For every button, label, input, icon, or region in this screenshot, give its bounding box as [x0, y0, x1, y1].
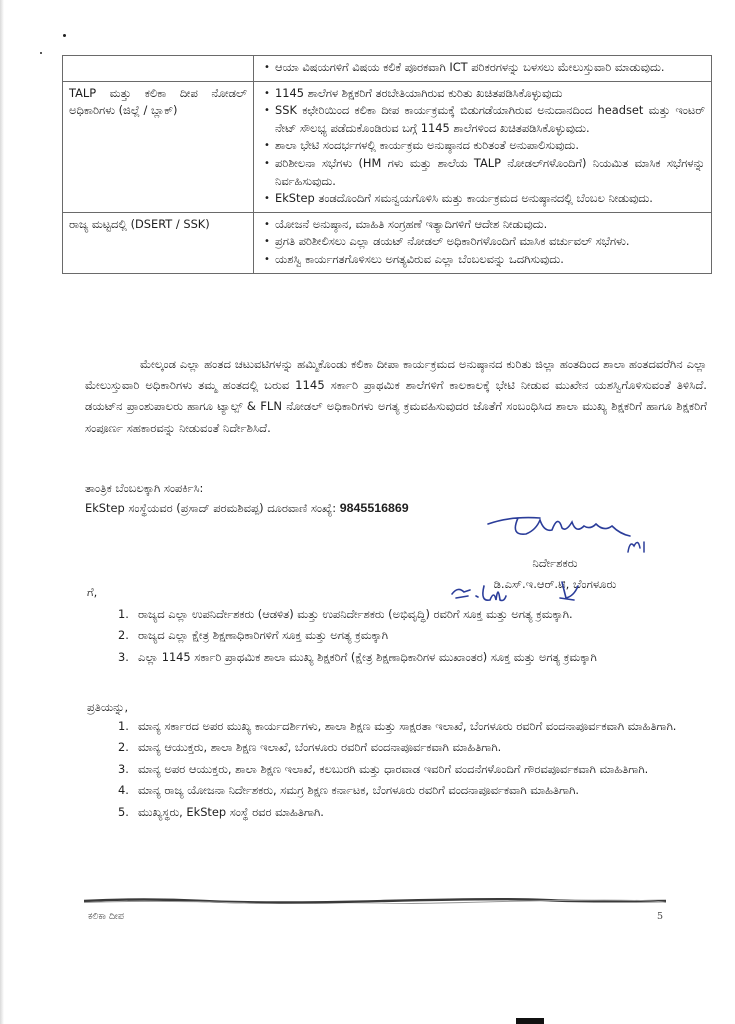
copy-to-label: ಪ್ರತಿಯನ್ನು,: [87, 700, 128, 715]
duties-list: ಆಯಾ ವಿಷಯಗಳಿಗೆ ವಿಷಯ ಕಲಿಕೆ ಪೂರಕವಾಗಿ ICT ಪರ…: [260, 59, 705, 77]
scan-speck: [63, 34, 66, 37]
technical-support-contact: ತಾಂತ್ರಿಕ ಬೆಂಬಲಕ್ಕಾಗಿ ಸಂಪರ್ಕಿಸಿ: EkStep ಸ…: [85, 478, 409, 518]
list-text: ಎಲ್ಲಾ 1145 ಸರ್ಕಾರಿ ಪ್ರಾಥಮಿಕ ಶಾಲಾ ಮುಖ್ಯ ಶ…: [138, 650, 597, 664]
list-item: 5.ಮುಖ್ಯಸ್ಥರು, EkStep ಸಂಸ್ಥೆ ರವರ ಮಾಹಿತಿಗಾ…: [118, 803, 708, 821]
role-cell: ರಾಜ್ಯ ಮಟ್ಟದಲ್ಲಿ (DSERT / SSK): [63, 212, 254, 273]
list-text: ಮಾನ್ಯ ರಾಜ್ಯ ಯೋಜನಾ ನಿರ್ದೇಶಕರು, ಸಮಗ್ರ ಶಿಕ್…: [138, 783, 579, 797]
table-row: ರಾಜ್ಯ ಮಟ್ಟದಲ್ಲಿ (DSERT / SSK)ಯೋಜನೆ ಅನುಷ್…: [63, 212, 712, 273]
copy-to-list: 1.ಮಾನ್ಯ ಸರ್ಕಾರದ ಅಪರ ಮುಖ್ಯ ಕಾರ್ಯದರ್ಶಿಗಳು,…: [118, 717, 708, 824]
table-row: ಆಯಾ ವಿಷಯಗಳಿಗೆ ವಿಷಯ ಕಲಿಕೆ ಪೂರಕವಾಗಿ ICT ಪರ…: [63, 56, 712, 82]
list-text: ಮುಖ್ಯಸ್ಥರು, EkStep ಸಂಸ್ಥೆ ರವರ ಮಾಹಿತಿಗಾಗಿ…: [138, 805, 324, 819]
list-item: 3.ಎಲ್ಲಾ 1145 ಸರ್ಕಾರಿ ಪ್ರಾಥಮಿಕ ಶಾಲಾ ಮುಖ್ಯ…: [118, 648, 708, 666]
page-number: 5: [657, 911, 663, 922]
role-cell: TALP ಮತ್ತು ಕಲಿಕಾ ದೀಪ ನೋಡಲ್ ಅಧಿಕಾರಿಗಳು (ಜ…: [63, 81, 254, 212]
recipients-label: ಗೆ,: [87, 585, 97, 600]
list-text: ಮಾನ್ಯ ಸರ್ಕಾರದ ಅಪರ ಮುಖ್ಯ ಕಾರ್ಯದರ್ಶಿಗಳು, ಶ…: [138, 719, 676, 733]
scan-artifact-mark: [516, 1018, 544, 1024]
table-row: TALP ಮತ್ತು ಕಲಿಕಾ ದೀಪ ನೋಡಲ್ ಅಧಿಕಾರಿಗಳು (ಜ…: [63, 81, 712, 212]
list-item: 2.ರಾಜ್ಯದ ಎಲ್ಲಾ ಕ್ಷೇತ್ರ ಶಿಕ್ಷಣಾಧಿಕಾರಿಗಳಿಗ…: [118, 626, 708, 644]
contact-heading: ತಾಂತ್ರಿಕ ಬೆಂಬಲಕ್ಕಾಗಿ ಸಂಪರ್ಕಿಸಿ:: [85, 478, 409, 498]
duty-item: ಆಯಾ ವಿಷಯಗಳಿಗೆ ವಿಷಯ ಕಲಿಕೆ ಪೂರಕವಾಗಿ ICT ಪರ…: [268, 59, 705, 77]
list-item: 3.ಮಾನ್ಯ ಅಪರ ಆಯುಕ್ತರು, ಶಾಲಾ ಶಿಕ್ಷಣ ಇಲಾಖೆ,…: [118, 760, 708, 778]
duty-item: SSK ಕಛೇರಿಯಿಂದ ಕಲಿಕಾ ದೀಪ ಕಾರ್ಯಕ್ರಮಕ್ಕೆ ಬಿ…: [268, 102, 705, 137]
contact-line: EkStep ಸಂಸ್ಥೆಯವರ (ಪ್ರಸಾದ್ ಪರಮಶಿವಪ್ಪ) ದೂರ…: [85, 498, 409, 518]
list-text: ಮಾನ್ಯ ಅಪರ ಆಯುಕ್ತರು, ಶಾಲಾ ಶಿಕ್ಷಣ ಇಲಾಖೆ, ಕ…: [138, 762, 648, 776]
responsibilities-table: ಆಯಾ ವಿಷಯಗಳಿಗೆ ವಿಷಯ ಕಲಿಕೆ ಪೂರಕವಾಗಿ ICT ಪರ…: [62, 55, 712, 274]
scan-page-edge: [0, 0, 4, 1024]
list-text: ರಾಜ್ಯದ ಎಲ್ಲಾ ಕ್ಷೇತ್ರ ಶಿಕ್ಷಣಾಧಿಕಾರಿಗಳಿಗೆ …: [138, 628, 388, 642]
list-text: ರಾಜ್ಯದ ಎಲ್ಲಾ ಉಪನಿರ್ದೇಶಕರು (ಆಡಳಿತ) ಮತ್ತು …: [138, 607, 573, 621]
list-number: 4.: [118, 781, 129, 799]
list-number: 2.: [118, 626, 129, 644]
list-item: 4.ಮಾನ್ಯ ರಾಜ್ಯ ಯೋಜನಾ ನಿರ್ದೇಶಕರು, ಸಮಗ್ರ ಶಿ…: [118, 781, 708, 799]
duty-item: EkStep ತಂಡದೊಂದಿಗೆ ಸಮನ್ವಯಗೊಳಿಸಿ ಮತ್ತು ಕಾರ…: [268, 190, 705, 208]
contact-phone: 9845516869: [340, 501, 409, 515]
recipients-list: 1.ರಾಜ್ಯದ ಎಲ್ಲಾ ಉಪನಿರ್ದೇಶಕರು (ಆಡಳಿತ) ಮತ್ತ…: [118, 605, 708, 669]
signatory-title: ನಿರ್ದೇಶಕರು: [450, 553, 660, 574]
initials-mark: [450, 576, 600, 606]
list-item: 1.ರಾಜ್ಯದ ಎಲ್ಲಾ ಉಪನಿರ್ದೇಶಕರು (ಆಡಳಿತ) ಮತ್ತ…: [118, 605, 708, 623]
instruction-paragraph: ಮೇಲ್ಕಂಡ ಎಲ್ಲಾ ಹಂತದ ಚಟುವಟಿಗಳನ್ನು ಹಮ್ಮಿಕೊಂ…: [85, 354, 707, 439]
list-number: 2.: [118, 738, 129, 756]
duties-cell: 1145 ಶಾಲೆಗಳ ಶಿಕ್ಷಕರಿಗೆ ತರಬೇತಿಯಾಗಿರುವ ಕುರ…: [254, 81, 712, 212]
duty-item: ಶಾಲಾ ಭೇಟಿ ಸಂದರ್ಭಗಳಲ್ಲಿ ಕಾರ್ಯಕ್ರಮ ಅನುಷ್ಠಾ…: [268, 137, 705, 155]
duties-cell: ಯೋಜನೆ ಅನುಷ್ಠಾನ, ಮಾಹಿತಿ ಸಂಗ್ರಹಣೆ ಇತ್ಯಾದಿಗ…: [254, 212, 712, 273]
duty-item: ಪ್ರಗತಿ ಪರಿಶೀಲಿಸಲು ಎಲ್ಲಾ ಡಯಟ್ ನೋಡಲ್ ಅಧಿಕಾ…: [268, 233, 705, 251]
list-number: 3.: [118, 648, 129, 666]
duty-item: ಯೋಜನೆ ಅನುಷ್ಠಾನ, ಮಾಹಿತಿ ಸಂಗ್ರಹಣೆ ಇತ್ಯಾದಿಗ…: [268, 216, 705, 234]
duty-item: 1145 ಶಾಲೆಗಳ ಶಿಕ್ಷಕರಿಗೆ ತರಬೇತಿಯಾಗಿರುವ ಕುರ…: [268, 85, 705, 103]
contact-label: EkStep ಸಂಸ್ಥೆಯವರ (ಪ್ರಸಾದ್ ಪರಮಶಿವಪ್ಪ) ದೂರ…: [85, 501, 336, 515]
duties-list: ಯೋಜನೆ ಅನುಷ್ಠಾನ, ಮಾಹಿತಿ ಸಂಗ್ರಹಣೆ ಇತ್ಯಾದಿಗ…: [260, 216, 705, 269]
list-number: 3.: [118, 760, 129, 778]
list-item: 2.ಮಾನ್ಯ ಆಯುಕ್ತರು, ಶಾಲಾ ಶಿಕ್ಷಣ ಇಲಾಖೆ, ಬೆಂ…: [118, 738, 708, 756]
list-number: 5.: [118, 803, 129, 821]
list-text: ಮಾನ್ಯ ಆಯುಕ್ತರು, ಶಾಲಾ ಶಿಕ್ಷಣ ಇಲಾಖೆ, ಬೆಂಗಳ…: [138, 740, 501, 754]
footer-program-name: ಕಲಿಕಾ ದೀಪ: [88, 911, 124, 922]
scan-speck: [40, 52, 42, 54]
list-number: 1.: [118, 605, 129, 623]
list-item: 1.ಮಾನ್ಯ ಸರ್ಕಾರದ ಅಪರ ಮುಖ್ಯ ಕಾರ್ಯದರ್ಶಿಗಳು,…: [118, 717, 708, 735]
duties-cell: ಆಯಾ ವಿಷಯಗಳಿಗೆ ವಿಷಯ ಕಲಿಕೆ ಪೂರಕವಾಗಿ ICT ಪರ…: [254, 56, 712, 82]
role-cell: [63, 56, 254, 82]
duties-list: 1145 ಶಾಲೆಗಳ ಶಿಕ್ಷಕರಿಗೆ ತರಬೇತಿಯಾಗಿರುವ ಕುರ…: [260, 85, 705, 208]
director-signature: [480, 508, 660, 556]
footer-divider: [84, 898, 666, 904]
duty-item: ಪರಿಶೀಲನಾ ಸಭೆಗಳು (HM ಗಳು ಮತ್ತು ಶಾಲೆಯ TALP…: [268, 155, 705, 190]
duty-item: ಯಶಸ್ವಿ ಕಾರ್ಯಗತಗೊಳಿಸಲು ಅಗತ್ಯವಿರುವ ಎಲ್ಲಾ ಬ…: [268, 251, 705, 269]
list-number: 1.: [118, 717, 129, 735]
